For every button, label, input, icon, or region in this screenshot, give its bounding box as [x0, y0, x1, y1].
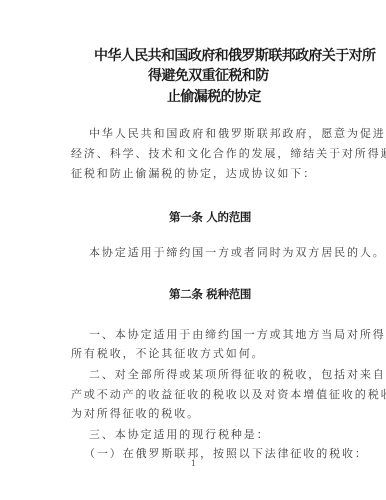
document-title-line-1: 中华人民共和国政府和俄罗斯联邦政府关于对所 [94, 48, 375, 64]
document-title-line-2: 得避免双重征税和防 [148, 68, 269, 84]
article-2-line-3: 二、对全部所得或某项所得征收的税收，包括对来自转让动 [89, 368, 386, 382]
preamble-line-3: 征税和防止偷漏税的协定，达成协议如下： [71, 167, 316, 181]
page-number: 1 [191, 459, 196, 468]
article-2-line-5: 为对所得征收的税收。 [71, 407, 200, 421]
document-page: 中华人民共和国政府和俄罗斯联邦政府关于对所 得避免双重征税和防 止偷漏税的协定 … [0, 0, 386, 500]
article-2-line-2: 所有税收，不论其征收方式如何。 [71, 347, 265, 361]
article-2-line-6: 三、本协定适用的现行税种是： [89, 428, 270, 442]
article-2-line-1: 一、本协定适用于由缔约国一方或其地方当局对所得征收的 [89, 328, 386, 342]
article-2-line-7: （一）在俄罗斯联邦，按照以下法律征收的税收： [84, 447, 368, 461]
article-2-heading: 第二条 税种范围 [169, 287, 251, 301]
article-1-line-1: 本协定适用于缔约国一方或者同时为双方居民的人。 [89, 246, 386, 260]
preamble-line-2: 经济、科学、技术和文化合作的发展，缔结关于对所得避免双重 [71, 147, 386, 161]
article-1-heading: 第一条 人的范围 [169, 210, 251, 224]
article-2-line-4: 产或不动产的收益征收的税收以及对资本增值征收的税收，应视 [71, 388, 386, 402]
document-title-line-3: 止偷漏税的协定 [167, 89, 261, 105]
preamble-line-1: 中华人民共和国政府和俄罗斯联邦政府，愿意为促进两国间 [89, 127, 386, 141]
